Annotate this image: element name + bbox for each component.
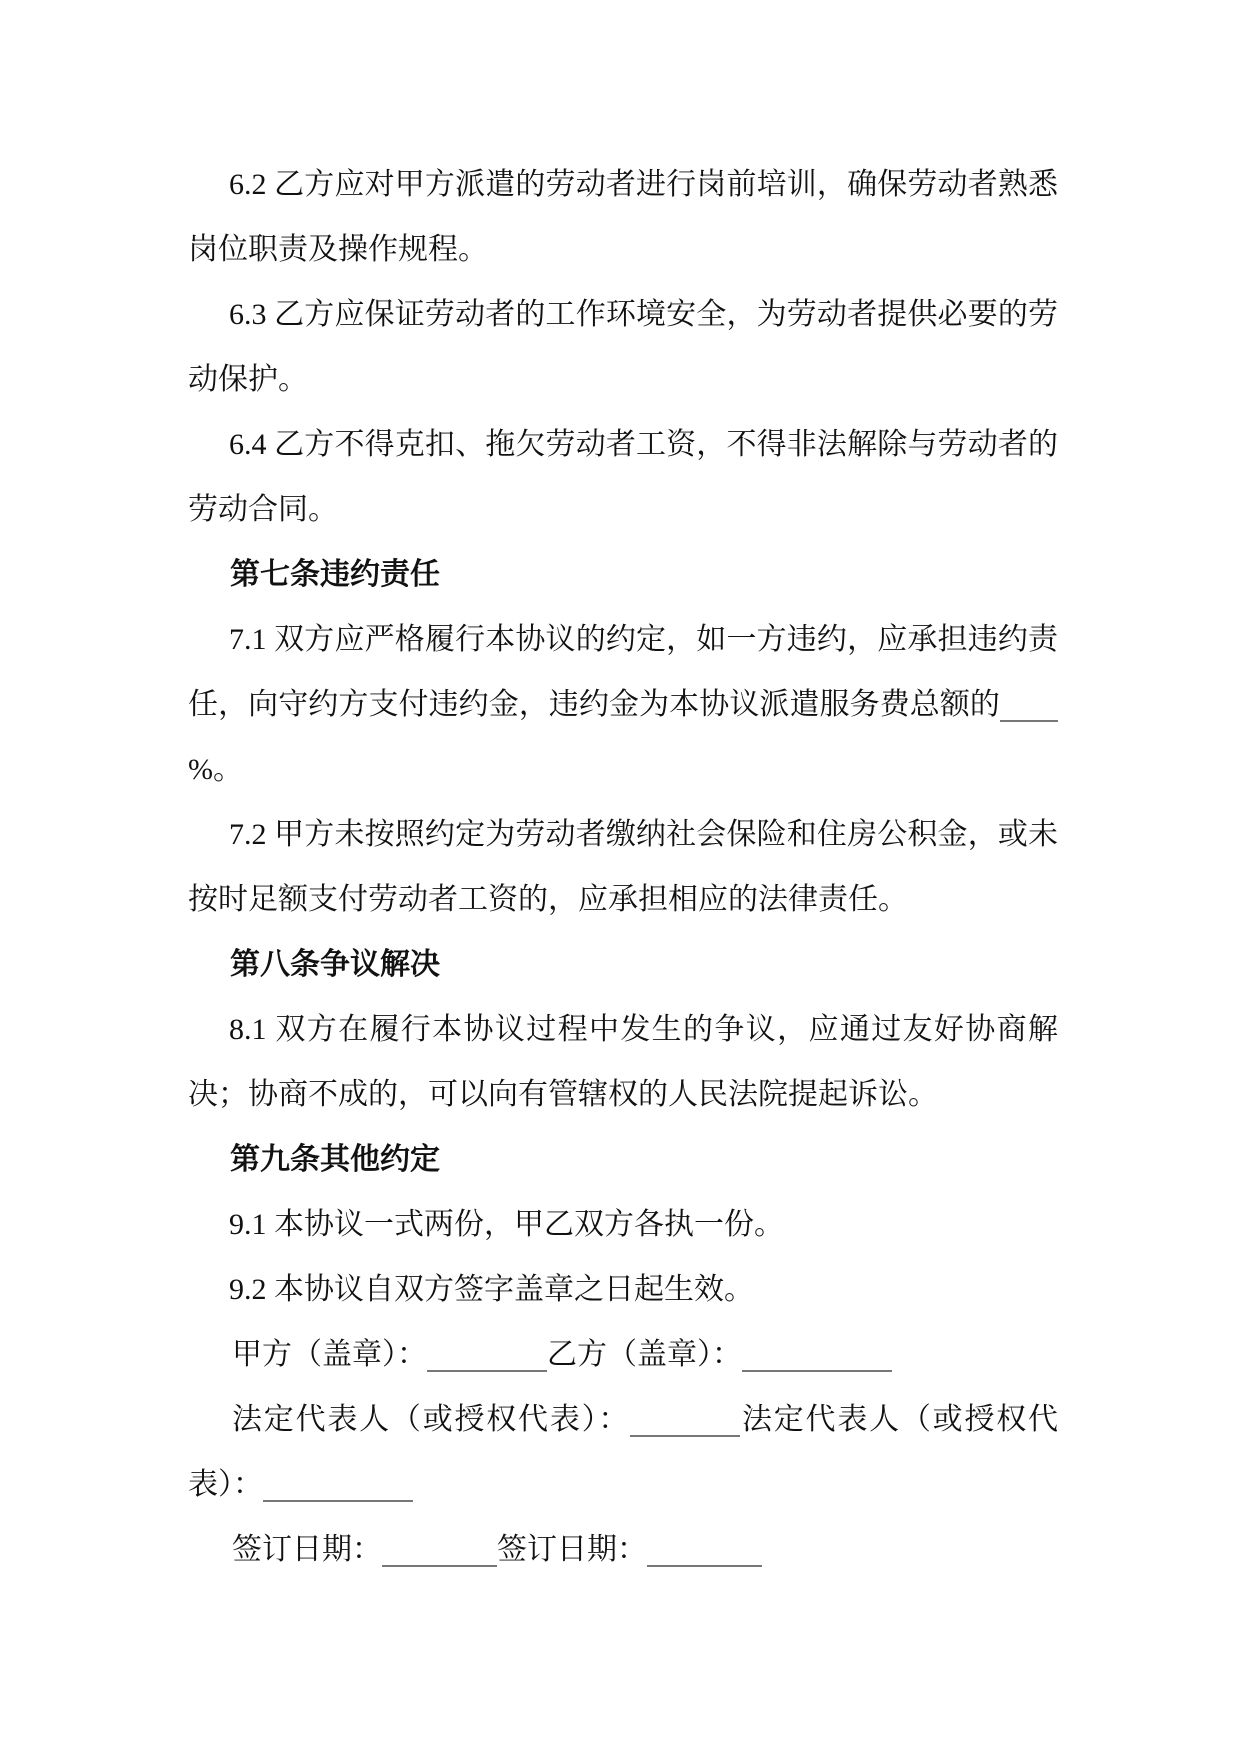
clause-6-3: 6.3 乙方应保证劳动者的工作环境安全，为劳动者提供必要的劳动保护。 (188, 282, 1058, 412)
article-8-heading: 第八条争议解决 (188, 932, 1058, 997)
clause-7-1-suffix: %。 (188, 753, 243, 786)
sign-date-b-label: 签订日期： (497, 1533, 647, 1566)
clause-9-2: 9.2 本协议自双方签字盖章之日起生效。 (188, 1257, 1058, 1322)
clause-6-4: 6.4 乙方不得克扣、拖欠劳动者工资，不得非法解除与劳动者的劳动合同。 (188, 412, 1058, 542)
clause-7-1-text: 7.1 双方应严格履行本协议的约定，如一方违约，应承担违约责任，向守约方支付违约… (188, 623, 1058, 721)
party-b-seal-blank (742, 1340, 892, 1372)
clause-8-1: 8.1 双方在履行本协议过程中发生的争议，应通过友好协商解决；协商不成的，可以向… (188, 997, 1058, 1127)
sign-date-a-label: 签订日期： (232, 1533, 382, 1566)
signature-date-line: 签订日期：签订日期： (188, 1517, 1058, 1582)
signature-legal-rep-line: 法定代表人（或授权代表）：法定代表人（或授权代表）： (188, 1387, 1058, 1517)
contract-document-page: 6.2 乙方应对甲方派遣的劳动者进行岗前培训，确保劳动者熟悉岗位职责及操作规程。… (0, 0, 1240, 1753)
legal-rep-a-blank (630, 1405, 740, 1437)
penalty-percentage-blank (1000, 690, 1058, 722)
legal-rep-a-label: 法定代表人（或授权代表）： (232, 1403, 630, 1436)
party-a-seal-blank (427, 1340, 547, 1372)
clause-7-1: 7.1 双方应严格履行本协议的约定，如一方违约，应承担违约责任，向守约方支付违约… (188, 607, 1058, 802)
clause-9-1: 9.1 本协议一式两份，甲乙双方各执一份。 (188, 1192, 1058, 1257)
article-9-heading: 第九条其他约定 (188, 1127, 1058, 1192)
article-7-heading: 第七条违约责任 (188, 542, 1058, 607)
sign-date-b-blank (647, 1535, 762, 1567)
party-b-seal-label: 乙方（盖章）： (547, 1338, 742, 1371)
legal-rep-b-blank (263, 1470, 413, 1502)
clause-6-2: 6.2 乙方应对甲方派遣的劳动者进行岗前培训，确保劳动者熟悉岗位职责及操作规程。 (188, 152, 1058, 282)
sign-date-a-blank (382, 1535, 497, 1567)
party-a-seal-label: 甲方（盖章）： (232, 1338, 427, 1371)
signature-seal-line: 甲方（盖章）：乙方（盖章）： (188, 1322, 1058, 1387)
clause-7-2: 7.2 甲方未按照约定为劳动者缴纳社会保险和住房公积金，或未按时足额支付劳动者工… (188, 802, 1058, 932)
contract-body: 6.2 乙方应对甲方派遣的劳动者进行岗前培训，确保劳动者熟悉岗位职责及操作规程。… (188, 0, 1058, 1582)
